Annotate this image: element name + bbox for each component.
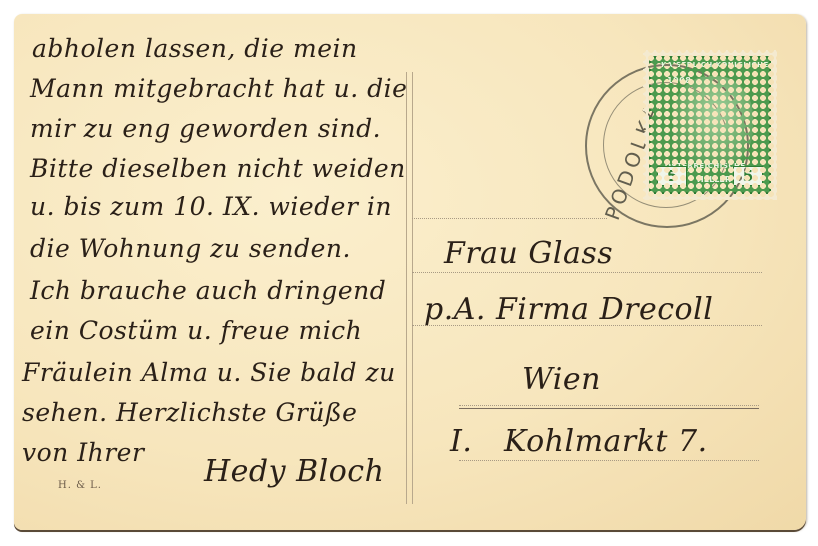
message-line: Fräulein Alma u. Sie bald zu <box>22 358 396 387</box>
message-line: ein Costüm u. freue mich <box>30 316 362 345</box>
message-line: u. bis zum 10. IX. wieder in <box>30 192 392 221</box>
message-line: mir zu eng geworden sind. <box>30 114 381 143</box>
message-line: sehen. Herzlichste Grüße <box>22 398 357 427</box>
stamp-denomination: HELLER <box>697 175 731 184</box>
message-line: die Wohnung zu senden. <box>30 234 351 263</box>
address-rule-5 <box>459 460 759 461</box>
message-line: Mann mitgebracht hat u. die <box>30 74 407 103</box>
recipient-street: Kohlmarkt 7. <box>504 424 708 459</box>
stamp-value-right: 5 <box>733 166 763 186</box>
recipient-care-of: p.A. Firma Drecoll <box>424 292 713 327</box>
address-rule-4-solid <box>459 408 759 409</box>
address-rule-1 <box>412 218 607 219</box>
stamp-year: 1908 <box>667 76 691 85</box>
message-line: Bitte dieselben nicht weiden <box>30 154 406 183</box>
stamp-face: KAISERLICH KÖNIGLICHE 1908 ÖSTERREICHISC… <box>649 56 771 194</box>
stamp-top-text: KAISERLICH KÖNIGLICHE <box>661 61 769 69</box>
message-line: Ich brauche auch dringend <box>30 276 386 305</box>
stamp-value-left: 5 <box>657 166 687 186</box>
printer-mark: H. & L. <box>58 480 102 491</box>
recipient-name: Frau Glass <box>444 236 613 271</box>
emperor-portrait-icon <box>673 76 753 166</box>
recipient-city: Wien <box>522 362 601 397</box>
address-rule-4 <box>459 405 759 406</box>
message-line: abholen lassen, die mein <box>32 34 358 63</box>
address-rule-2 <box>412 272 762 273</box>
postage-stamp: KAISERLICH KÖNIGLICHE 1908 ÖSTERREICHISC… <box>643 50 777 200</box>
center-divider <box>406 72 413 504</box>
recipient-district: I. <box>450 424 472 459</box>
message-line: von Ihrer <box>22 438 144 467</box>
signature: Hedy Bloch <box>204 454 384 489</box>
